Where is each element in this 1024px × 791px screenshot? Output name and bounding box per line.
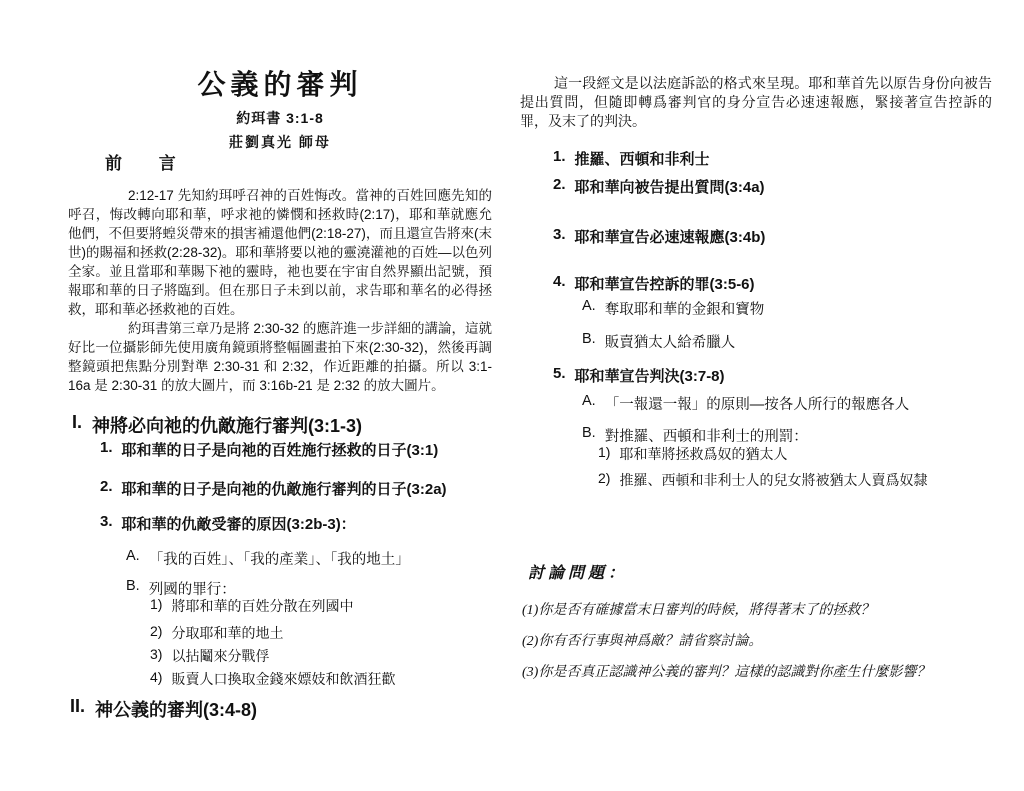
punishment-list-item-2: 2) 推羅、西頓和非利士人的兒女將被猶太人賣爲奴隸 — [598, 470, 927, 490]
right-item-4b: B. 販賣猶太人給希臘人 — [582, 331, 735, 352]
outline-item-3a-number: A. — [126, 548, 140, 569]
outline-item-1-text: 耶和華的日子是向祂的百姓施行拯救的日子(3:1) — [122, 439, 439, 460]
right-item-1-text: 推羅、西頓和非利士 — [575, 148, 710, 169]
introduction-section: 2:12-17 先知約珥呼召神的百姓悔改。當神的百姓回應先知的呼召，悔改轉向耶和… — [68, 186, 492, 395]
right-item-4a-number: A. — [582, 298, 596, 319]
right-item-3-number: 3. — [553, 226, 566, 247]
section-1-title: 神將必向祂的仇敵施行審判(3:1-3) — [92, 412, 362, 438]
outline-item-2-number: 2. — [100, 478, 113, 499]
section-2-number: II. — [70, 696, 85, 722]
crime-list-item-3-number: 3) — [150, 646, 162, 666]
crime-list-item-3-text: 以拈鬮來分戰俘 — [171, 646, 269, 666]
document-header: 公義的審判 約珥書 3:1-8 莊劉真光 師母 — [68, 70, 492, 152]
crime-list-item-1-number: 1) — [150, 596, 162, 616]
discussion-heading: 討論問題： — [528, 560, 628, 583]
punishment-list-item-2-number: 2) — [598, 470, 610, 490]
right-item-4b-text: 販賣猶太人給希臘人 — [605, 331, 736, 352]
section-1-number: I. — [72, 412, 82, 438]
punishment-list-item-1: 1) 耶和華將拯救爲奴的猶太人 — [598, 444, 787, 464]
right-item-4: 4. 耶和華宣告控訴的罪(3:5-6) — [553, 273, 755, 294]
discussion-question-2: (2)你有否行事與神爲敵？請省察討論。 — [522, 630, 762, 650]
right-item-5b-number: B. — [582, 425, 596, 446]
crime-list-item-2: 2) 分取耶和華的地土 — [150, 623, 283, 643]
right-item-5a: A. 「一報還一報」的原則—按各人所行的報應各人 — [582, 393, 909, 414]
right-item-2-text: 耶和華向被告提出質問(3:4a) — [575, 176, 765, 197]
crime-list-item-1: 1) 將耶和華的百姓分散在列國中 — [150, 596, 353, 616]
outline-item-3-text: 耶和華的仇敵受審的原因(3:2b-3)： — [122, 513, 356, 534]
right-item-5: 5. 耶和華宣告判決(3:7-8) — [553, 365, 725, 386]
outline-item-3a: A. 「我的百姓」、「我的產業」、「我的地土」 — [126, 548, 410, 569]
right-item-1-number: 1. — [553, 148, 566, 169]
right-item-5a-number: A. — [582, 393, 596, 414]
punishment-list-item-1-number: 1) — [598, 444, 610, 464]
crime-list-item-2-number: 2) — [150, 623, 162, 643]
right-item-5-number: 5. — [553, 365, 566, 386]
outline-item-3: 3. 耶和華的仇敵受審的原因(3:2b-3)： — [100, 513, 356, 534]
right-item-3: 3. 耶和華宣告必速速報應(3:4b) — [553, 226, 765, 247]
outline-item-1: 1. 耶和華的日子是向祂的百姓施行拯救的日子(3:1) — [100, 439, 438, 460]
document-title: 公義的審判 — [68, 70, 492, 101]
crime-list-item-3: 3) 以拈鬮來分戰俘 — [150, 646, 269, 666]
crime-list-item-4-text: 販賣人口換取金錢來嫖妓和飲酒狂歡 — [171, 669, 395, 689]
right-item-2-number: 2. — [553, 176, 566, 197]
right-item-3-text: 耶和華宣告必速速報應(3:4b) — [575, 226, 766, 247]
right-intro-section: 這一段經文是以法庭訴訟的格式來呈現。耶和華首先以原告身份向被告提出質問，但隨即轉… — [520, 74, 992, 131]
right-intro-paragraph: 這一段經文是以法庭訴訟的格式來呈現。耶和華首先以原告身份向被告提出質問，但隨即轉… — [520, 74, 992, 131]
discussion-question-1: (1)你是否有確據當末日審判的時候，將得著末了的拯救？ — [522, 599, 874, 619]
intro-paragraph-1: 2:12-17 先知約珥呼召神的百姓悔改。當神的百姓回應先知的呼召，悔改轉向耶和… — [68, 186, 492, 319]
preface-heading: 前 言 — [105, 149, 192, 174]
right-item-4-text: 耶和華宣告控訴的罪(3:5-6) — [575, 273, 755, 294]
outline-item-2-text: 耶和華的日子是向祂的仇敵施行審判的日子(3:2a) — [122, 478, 447, 499]
scripture-reference: 約珥書 3:1-8 — [68, 108, 492, 128]
punishment-list-item-1-text: 耶和華將拯救爲奴的猶太人 — [619, 444, 787, 464]
right-item-1: 1. 推羅、西頓和非利士 — [553, 148, 710, 169]
right-item-4-number: 4. — [553, 273, 566, 294]
right-item-4a-text: 奪取耶和華的金銀和寶物 — [605, 298, 765, 319]
section-2-title: 神公義的審判(3:4-8) — [95, 696, 257, 722]
right-item-5b-text: 對推羅、西頓和非利士的刑罰： — [605, 425, 808, 446]
right-item-5b: B. 對推羅、西頓和非利士的刑罰： — [582, 425, 808, 446]
right-item-5-text: 耶和華宣告判決(3:7-8) — [575, 365, 725, 386]
crime-list-item-2-text: 分取耶和華的地土 — [171, 623, 283, 643]
section-1-heading: I. 神將必向祂的仇敵施行審判(3:1-3) — [72, 412, 362, 438]
section-2-heading: II. 神公義的審判(3:4-8) — [70, 696, 257, 722]
outline-item-3a-text: 「我的百姓」、「我的產業」、「我的地土」 — [149, 548, 410, 569]
document-page: 公義的審判 約珥書 3:1-8 莊劉真光 師母 前 言 2:12-17 先知約珥… — [0, 0, 1024, 791]
right-item-4b-number: B. — [582, 331, 596, 352]
right-item-2: 2. 耶和華向被告提出質問(3:4a) — [553, 176, 765, 197]
intro-paragraph-2: 約珥書第三章乃是將 2:30-32 的應許進一步詳細的講論，這就好比一位攝影師先… — [68, 319, 492, 395]
punishment-list-item-2-text: 推羅、西頓和非利士人的兒女將被猶太人賣爲奴隸 — [619, 470, 927, 490]
outline-item-3b-number: B. — [126, 578, 140, 599]
right-item-4a: A. 奪取耶和華的金銀和寶物 — [582, 298, 764, 319]
discussion-question-3: (3)你是否真正認識神公義的審判？這樣的認識對你產生什麼影響？ — [522, 661, 930, 681]
right-item-5a-text: 「一報還一報」的原則—按各人所行的報應各人 — [605, 393, 910, 414]
outline-item-1-number: 1. — [100, 439, 113, 460]
outline-item-2: 2. 耶和華的日子是向祂的仇敵施行審判的日子(3:2a) — [100, 478, 447, 499]
outline-item-3-number: 3. — [100, 513, 113, 534]
crime-list-item-4: 4) 販賣人口換取金錢來嫖妓和飲酒狂歡 — [150, 669, 395, 689]
crime-list-item-4-number: 4) — [150, 669, 162, 689]
crime-list-item-1-text: 將耶和華的百姓分散在列國中 — [171, 596, 353, 616]
